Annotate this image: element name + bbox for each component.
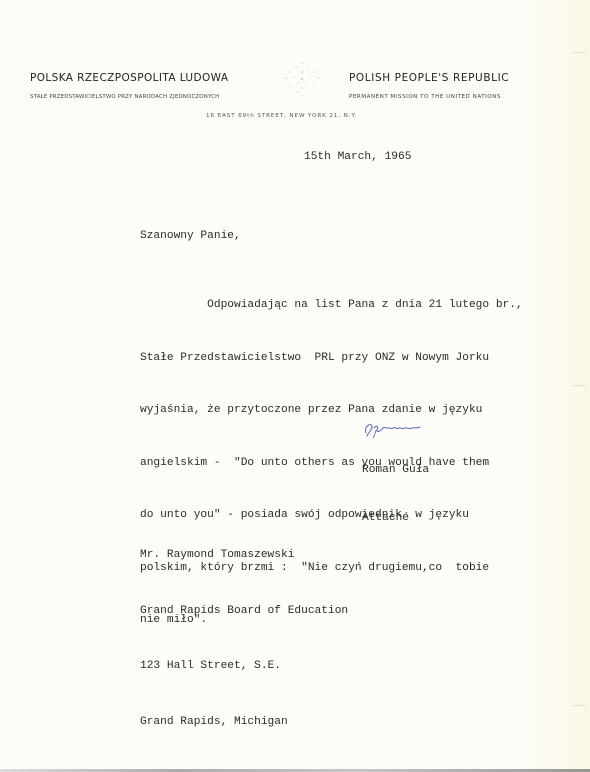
letterhead-polish-title: POLSKA RZECZPOSPOLITA LUDOWA [30,72,228,84]
paper-punch-mark [570,52,588,56]
paper-punch-mark [570,705,588,709]
letterhead-address: 16 EAST 69th STREET, NEW YORK 21, N.Y. [206,113,357,119]
signature-block: Roman Guła Attaché [362,430,429,558]
recipient-line: 123 Hall Street, S.E. [140,657,348,676]
signer-title: Attaché [362,510,429,526]
recipient-address: Mr. Raymond Tomaszewski Grand Rapids Boa… [140,509,348,768]
body-line: Odpowiadając na list Pana z dnia 21 lute… [140,297,523,315]
letterhead-english-subtitle: PERMANENT MISSION TO THE UNITED NATIONS [349,94,501,100]
letter-date: 15th March, 1965 [304,149,411,167]
letter-page: POLSKA RZECZPOSPOLITA LUDOWA STAŁE PRZED… [0,0,590,772]
paper-punch-mark [570,385,588,389]
letterhead-polish-subtitle: STAŁE PRZEDSTAWICIELSTWO PRZY NARODACH Z… [30,94,219,100]
signer-name: Roman Guła [362,462,429,478]
recipient-line: Mr. Raymond Tomaszewski [140,546,348,565]
recipient-line: Grand Rapids, Michigan [140,713,348,732]
body-line: wyjaśnia, że przytoczone przez Pana zdan… [140,402,523,420]
letterhead-english-title: POLISH PEOPLE'S REPUBLIC [349,72,509,84]
body-line: angielskim - "Do unto others as you woul… [140,455,523,473]
eagle-emblem-icon [282,58,322,100]
recipient-line: Grand Rapids Board of Education [140,602,348,621]
body-line: Stałe Przedstawicielstwo PRL przy ONZ w … [140,350,523,368]
salutation: Szanowny Panie, [140,228,241,246]
